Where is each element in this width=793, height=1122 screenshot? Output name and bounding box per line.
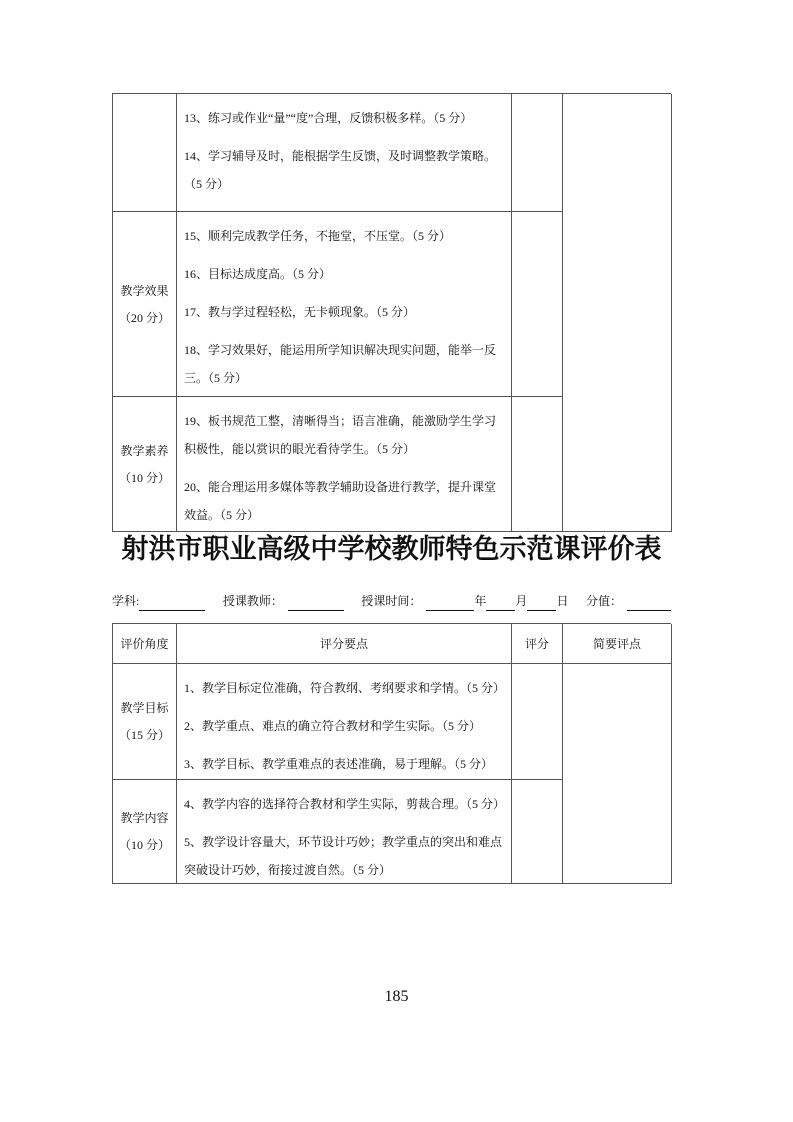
score-label: 分值：: [586, 591, 622, 611]
category-score: （15 分）: [119, 728, 170, 742]
form-line: 学科: 授课教师： 授课时间：年月日 分值：: [112, 591, 671, 611]
category-score: （10 分）: [119, 838, 170, 852]
score-cell: [512, 397, 563, 532]
year-label: 年: [474, 591, 486, 611]
criterion-item: 4、教学内容的选择符合教材和学生实际，剪裁合理。（5 分）: [184, 790, 505, 818]
document-page: 13、练习或作业“量”“度”合理，反馈积极多样。（5 分） 14、学习辅导及时，…: [0, 0, 793, 1122]
score-cell: [512, 780, 563, 884]
criterion-item: 17、教与学过程轻松，无卡顿现象。（5 分）: [184, 298, 505, 326]
score-cell: [512, 664, 563, 780]
category-label: 教学素养: [120, 444, 168, 458]
criterion-item: 15、顺利完成教学任务，不拖堂，不压堂。（5 分）: [184, 222, 505, 250]
page-title: 射洪市职业高级中学校教师特色示范课评价表: [112, 527, 671, 572]
category-label: 教学效果: [120, 284, 168, 298]
category-score: （10 分）: [119, 471, 170, 485]
score-cell: [512, 212, 563, 397]
year-blank: [426, 595, 474, 611]
teacher-field: 授课教师：: [223, 591, 344, 611]
teacher-label: 授课教师：: [223, 591, 283, 611]
header-comment: 简要评点: [563, 624, 672, 664]
criterion-item: 19、板书规范工整，清晰得当；语言准确，能激励学生学习积极性，能以赏识的眼光看待…: [184, 407, 505, 463]
criterion-item: 3、教学目标、教学重难点的表述准确，易于理解。（5 分）: [184, 750, 505, 778]
criteria-cell: 19、板书规范工整，清晰得当；语言准确，能激励学生学习积极性，能以赏识的眼光看待…: [177, 397, 512, 532]
criteria-cell: 4、教学内容的选择符合教材和学生实际，剪裁合理。（5 分） 5、教学设计容量大，…: [177, 780, 512, 884]
month-label: 月: [515, 591, 527, 611]
header-points: 评分要点: [177, 624, 512, 664]
score-blank: [627, 595, 671, 611]
month-blank: [486, 595, 515, 611]
criteria-cell: 13、练习或作业“量”“度”合理，反馈积极多样。（5 分） 14、学习辅导及时，…: [177, 94, 512, 212]
comment-cell: [563, 664, 672, 884]
category-cell-empty: [113, 94, 177, 212]
category-cell: 教学效果 （20 分）: [113, 212, 177, 397]
subject-blank: [139, 595, 205, 611]
subject-label: 学科:: [112, 591, 139, 611]
criterion-item: 5、教学设计容量大，环节设计巧妙；教学重点的突出和难点突破设计巧妙，衔接过渡自然…: [184, 828, 505, 884]
comment-cell: [563, 94, 672, 532]
category-label: 教学内容: [120, 811, 168, 825]
header-angle: 评价角度: [113, 624, 177, 664]
evaluation-table-continued: 13、练习或作业“量”“度”合理，反馈积极多样。（5 分） 14、学习辅导及时，…: [112, 93, 671, 532]
criterion-item: 13、练习或作业“量”“度”合理，反馈积极多样。（5 分）: [184, 104, 505, 132]
category-score: （20 分）: [119, 311, 170, 325]
criteria-cell: 15、顺利完成教学任务，不拖堂，不压堂。（5 分） 16、目标达成度高。（5 分…: [177, 212, 512, 397]
criterion-item: 2、教学重点、难点的确立符合教材和学生实际。（5 分）: [184, 712, 505, 740]
criterion-item: 18、学习效果好，能运用所学知识解决现实问题，能举一反三。（5 分）: [184, 336, 505, 392]
criterion-item: 1、教学目标定位准确，符合教纲、考纲要求和学情。（5 分）: [184, 674, 505, 702]
criterion-item: 16、目标达成度高。（5 分）: [184, 260, 505, 288]
criterion-item: 14、学习辅导及时，能根据学生反馈，及时调整教学策略。（5 分）: [184, 142, 505, 198]
subject-field: 学科:: [112, 591, 205, 611]
category-cell: 教学内容 （10 分）: [113, 780, 177, 884]
evaluation-table: 评价角度 评分要点 评分 简要评点 教学目标 （15 分） 1、教学目标定位准确…: [112, 623, 671, 884]
time-field: 授课时间：年月日: [361, 591, 568, 611]
criterion-item: 20、能合理运用多媒体等教学辅助设备进行教学，提升课堂效益。（5 分）: [184, 473, 505, 529]
time-label: 授课时间：: [361, 591, 421, 611]
page-number: 185: [0, 986, 793, 1008]
day-label: 日: [556, 591, 568, 611]
category-label: 教学目标: [120, 701, 168, 715]
score-field: 分值：: [586, 591, 671, 611]
day-blank: [527, 595, 556, 611]
score-cell: [512, 94, 563, 212]
header-score: 评分: [512, 624, 563, 664]
category-cell: 教学目标 （15 分）: [113, 664, 177, 780]
teacher-blank: [288, 595, 344, 611]
category-cell: 教学素养 （10 分）: [113, 397, 177, 532]
criteria-cell: 1、教学目标定位准确，符合教纲、考纲要求和学情。（5 分） 2、教学重点、难点的…: [177, 664, 512, 780]
